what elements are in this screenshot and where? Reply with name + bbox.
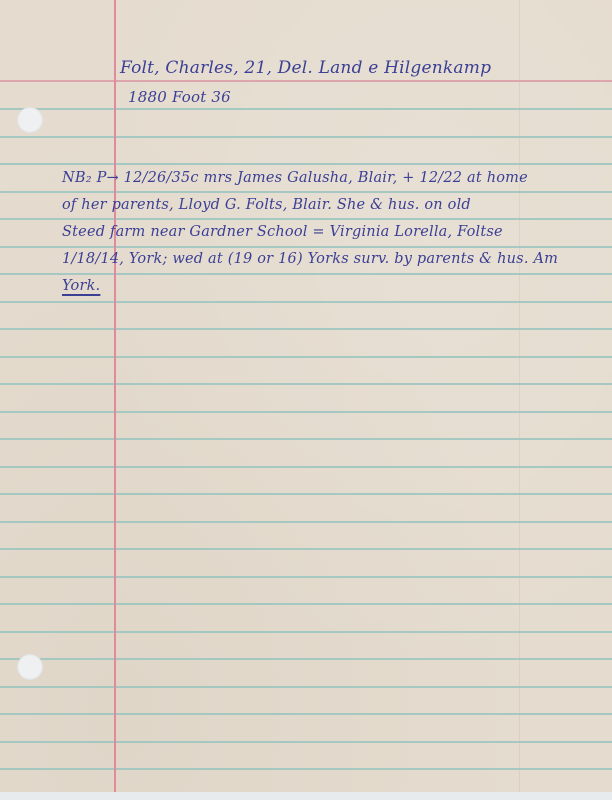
body-line-2: of her parents, Lloyd G. Folts, Blair. S…	[62, 197, 471, 213]
rule-line	[0, 603, 612, 605]
body-line-1: NB₂ P→ 12/26/35c mrs James Galusha, Blai…	[62, 170, 528, 186]
body-line-4: 1/18/14, York; wed at (19 or 16) Yorks s…	[62, 251, 558, 267]
rule-line	[0, 466, 612, 468]
notebook-page: Folt, Charles, 21, Del. Land e Hilgenkam…	[0, 0, 612, 792]
rule-line	[0, 493, 612, 495]
paper-crease	[519, 0, 520, 792]
punch-hole-top	[17, 107, 43, 133]
rule-line	[0, 713, 612, 715]
rule-line	[0, 273, 612, 275]
scan-bottom-edge	[0, 792, 612, 800]
rule-line	[0, 548, 612, 550]
rule-line	[0, 741, 612, 743]
rule-line	[0, 768, 612, 770]
rule-line	[0, 328, 612, 330]
rule-line	[0, 136, 612, 138]
rule-line	[0, 411, 612, 413]
rule-line	[0, 383, 612, 385]
rule-line	[0, 191, 612, 193]
body-line-3: Steed farm near Gardner School = Virgini…	[62, 224, 503, 240]
rule-line	[0, 686, 612, 688]
rule-line	[0, 438, 612, 440]
rule-line	[0, 218, 612, 220]
rule-line	[0, 521, 612, 523]
rule-line	[0, 658, 612, 660]
rule-line	[0, 301, 612, 303]
rule-line	[0, 163, 612, 165]
header-line-2: 1880 Foot 36	[128, 88, 231, 106]
header-line-1: Folt, Charles, 21, Del. Land e Hilgenkam…	[120, 58, 491, 78]
punch-hole-bottom	[17, 654, 43, 680]
margin-line	[114, 0, 116, 792]
rule-line	[0, 108, 612, 110]
rule-line	[0, 576, 612, 578]
rule-line	[0, 246, 612, 248]
header-rule-line	[0, 80, 612, 82]
body-line-5: York.	[62, 278, 100, 294]
rule-line	[0, 631, 612, 633]
rule-line	[0, 356, 612, 358]
